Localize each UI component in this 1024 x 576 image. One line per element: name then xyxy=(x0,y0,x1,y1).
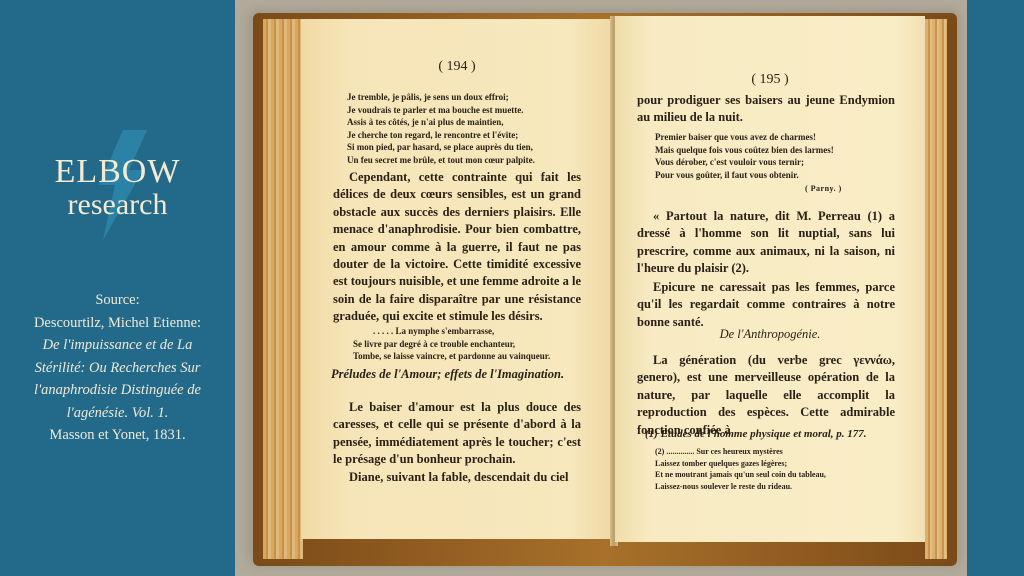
source-publisher: Masson et Yonet, 1831. xyxy=(0,424,235,447)
source-citation: Source: Descourtilz, Michel Etienne: De … xyxy=(0,289,235,447)
footnote: (1) Etudes de l'homme physique et moral,… xyxy=(645,427,895,441)
right-page: ( 195 ) pour prodiguer ses baisers au je… xyxy=(615,16,925,542)
verse-line: Et ne moutrant jamais qu'un seul coin du… xyxy=(655,469,895,481)
verse-line: Se livre par degré à ce trouble enchante… xyxy=(353,338,593,351)
footnote-verse: (2) .............. Sur ces heureux mystè… xyxy=(655,446,895,492)
paragraph: La génération (du verbe grec γεννάω, gen… xyxy=(637,352,895,439)
verse-line: Je tremble, je pâlis, je sens un doux ef… xyxy=(347,91,587,104)
verse-line: Tombe, se laisse vaincre, et pardonne au… xyxy=(353,350,593,363)
verse-line: . . . . . La nymphe s'embarrasse, xyxy=(353,325,593,338)
verse-line: Laissez tomber quelques gazes légères; xyxy=(655,458,895,470)
verse-block: . . . . . La nymphe s'embarrasse, Se liv… xyxy=(353,325,593,363)
paragraph: Le baiser d'amour est la plus douce des … xyxy=(333,399,581,469)
source-author: Descourtilz, Michel Etienne: xyxy=(0,312,235,335)
paragraph: Epicure ne caressait pas les femmes, par… xyxy=(637,279,895,331)
verse-block: Je tremble, je pâlis, je sens un doux ef… xyxy=(347,91,587,166)
paragraph: Cependant, cette contrainte qui fait les… xyxy=(333,169,581,326)
page-number: ( 194 ) xyxy=(301,59,613,75)
source-label: Source: xyxy=(0,289,235,312)
paragraph: Diane, suivant la fable, descendait du c… xyxy=(333,469,581,486)
section-heading: Préludes de l'Amour; effets de l'Imagina… xyxy=(331,367,591,382)
page-edges-right xyxy=(925,19,947,559)
verse-line: Premier baiser que vous avez de charmes! xyxy=(655,131,885,144)
verse-line: Laissez-nous soulever le reste du rideau… xyxy=(655,481,895,493)
verse-line: Je cherche ton regard, le rencontre et l… xyxy=(347,129,587,142)
paragraph: pour prodiguer ses baisers au jeune Endy… xyxy=(637,92,895,127)
paragraph: « Partout la nature, dit M. Perreau (1) … xyxy=(637,208,895,278)
info-panel: ELBOW research Source: Descourtilz, Mich… xyxy=(0,0,235,576)
source-title-line: Stérilité: Ou Recherches Sur xyxy=(0,357,235,380)
logo-subtitle: research xyxy=(0,189,235,221)
page-edges-left xyxy=(263,19,303,559)
verse-line: Vous dérober, c'est vouloir vous ternir; xyxy=(655,156,885,169)
attribution: ( Parny. ) xyxy=(805,184,885,193)
verse-line: Je voudrais te parler et ma bouche est m… xyxy=(347,104,587,117)
page-number: ( 195 ) xyxy=(615,72,925,88)
source-title-line: l'anaphrodisie Distinguée de xyxy=(0,379,235,402)
verse-line: Mais quelque fois vous coûtez bien des l… xyxy=(655,144,885,157)
logo-title: ELBOW xyxy=(0,155,235,189)
verse-line: Assis à tes côtés, je n'ai plus de maint… xyxy=(347,116,587,129)
source-title-line: l'agénésie. Vol. 1. xyxy=(0,402,235,425)
verse-line: (2) .............. Sur ces heureux mystè… xyxy=(655,446,895,458)
verse-block: Premier baiser que vous avez de charmes!… xyxy=(655,131,885,181)
verse-line: Si mon pied, par hasard, se place auprès… xyxy=(347,141,587,154)
section-heading: De l'Anthropogénie. xyxy=(615,327,925,342)
elbow-research-logo: ELBOW research xyxy=(0,155,235,221)
verse-line: Un feu secret me brûle, et tout mon cœur… xyxy=(347,154,587,167)
verse-line: Pour vous goûter, il faut vous obtenir. xyxy=(655,169,885,182)
left-page: ( 194 ) Je tremble, je pâlis, je sens un… xyxy=(301,19,613,539)
source-title-line: De l'impuissance et de La xyxy=(0,334,235,357)
right-margin-strip xyxy=(967,0,1024,576)
book-photo: ( 194 ) Je tremble, je pâlis, je sens un… xyxy=(235,0,967,576)
